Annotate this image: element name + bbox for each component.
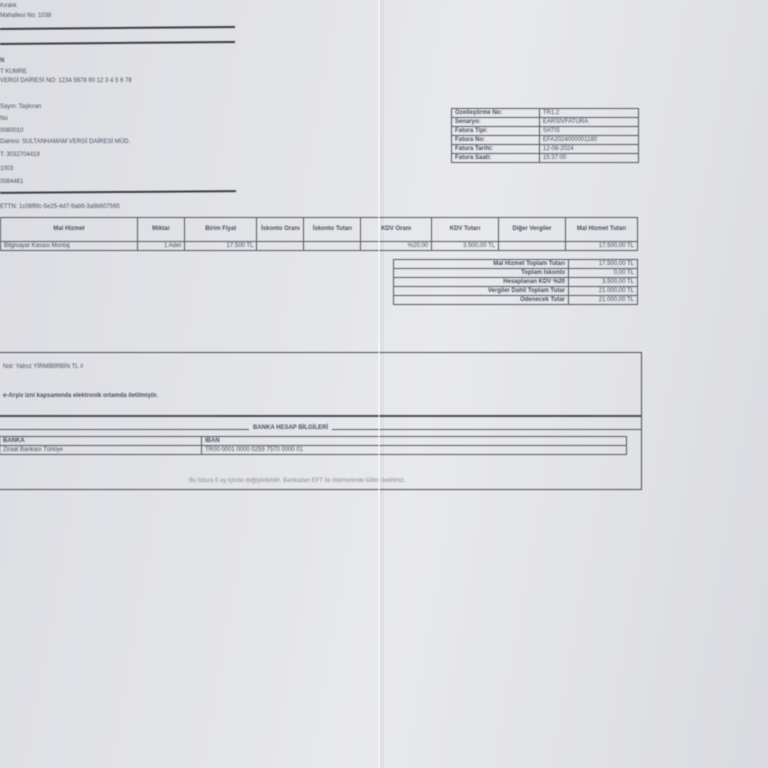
buyer-line-6: 1003 <box>0 166 13 172</box>
buyer-line-5: T: 3032704419 <box>0 152 40 158</box>
table-row: Ziraat Bankası TürkiyeTR00 0001 0000 025… <box>0 446 627 455</box>
notes-line-1: Not: Yalnız YİRMİBİRBİN TL # <box>3 364 83 370</box>
table-row: Bilgisayar Kasası Montaj 1 Adet 17.500 T… <box>1 242 638 251</box>
notes-line-2: e-Arşiv izni kapsamında elektronik ortam… <box>3 393 158 399</box>
seller-line-2: T KUMRE <box>0 69 27 75</box>
notes-box: Not: Yalnız YİRMİBİRBİN TL # e-Arşiv izn… <box>0 352 642 416</box>
bank-footer: Bu fatura 6 ay içinde değiştirilebilir. … <box>189 478 406 484</box>
seller-line-3: VERGİ DAİRESİ NO: 1234 5678 90 12 3 4 5 … <box>0 78 132 84</box>
paper-fold-shadow <box>380 0 384 768</box>
bank-table: BANKAIBAN Ziraat Bankası TürkiyeTR00 000… <box>0 436 627 455</box>
buyer-line-2: No <box>0 116 8 122</box>
header-line-1: Kiralık <box>0 3 17 9</box>
ettn: ETTN: 1c08f6fc-5e25-4d7-9ab9-3a9b607565 <box>0 204 120 210</box>
items-table: Mal Hizmet Miktar Birim Fiyat İskonto Or… <box>0 217 638 251</box>
bank-box: BANKA HESAP BİLGİLERİ BANKAIBAN Ziraat B… <box>0 416 642 490</box>
buyer-line-3: 0080010 <box>0 128 23 134</box>
seller-line-1: N <box>0 58 4 64</box>
invoice-document: Kiralık Mahallesi No: 1038 N T KUMRE VER… <box>0 0 768 768</box>
divider <box>0 41 235 45</box>
buyer-line-7: 0084461 <box>0 179 23 185</box>
buyer-line-4: Dairesi: SULTANHAMAM VERGİ DAİRESİ MÜD. <box>0 139 130 145</box>
header-line-2: Mahallesi No: 1038 <box>0 13 51 19</box>
invoice-info-table: Özelleştirme No:TR1.2 Senaryo:EARSIVFATU… <box>451 108 639 163</box>
buyer-line-1: Sayın: Taşkıran <box>0 104 41 110</box>
totals-table: Mal Hizmet Toplam Tutarı17.500,00 TL Top… <box>393 259 638 305</box>
divider <box>0 26 235 30</box>
bank-title: BANKA HESAP BİLGİLERİ <box>249 425 332 431</box>
divider <box>0 190 236 194</box>
